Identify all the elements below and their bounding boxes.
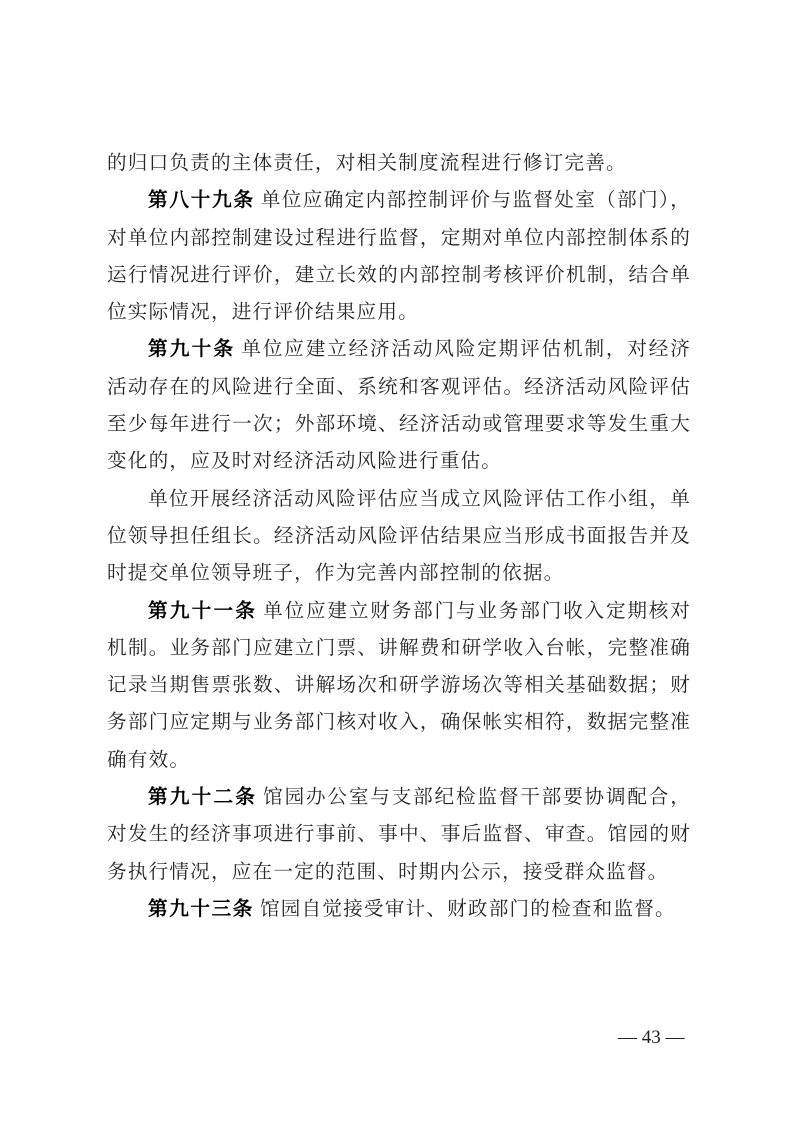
- paragraph-text: 的归口负责的主体责任，对相关制度流程进行修订完善。: [107, 151, 627, 174]
- paragraph-article-92: 第九十二条馆园办公室与支部纪检监督干部要协调配合，对发生的经济事项进行事前、事中…: [107, 778, 691, 890]
- article-number: 第九十三条: [148, 897, 254, 920]
- paragraph-article-93: 第九十三条馆园自觉接受审计、财政部门的检查和监督。: [107, 890, 691, 927]
- article-number: 第九十一条: [148, 599, 257, 622]
- paragraph-article-89: 第八十九条单位应确定内部控制评价与监督处室（部门），对单位内部控制建设过程进行监…: [107, 181, 691, 330]
- article-number: 第九十二条: [148, 785, 257, 808]
- paragraph-text: 单位开展经济活动风险评估应当成立风险评估工作小组，单位领导担任组长。经济活动风险…: [107, 487, 691, 585]
- paragraph-continuation: 的归口负责的主体责任，对相关制度流程进行修订完善。: [107, 144, 691, 181]
- article-number: 第九十条: [148, 337, 235, 360]
- paragraph-text: 单位应建立财务部门与业务部门收入定期核对机制。业务部门应建立门票、讲解费和研学收…: [107, 599, 691, 771]
- article-number: 第八十九条: [148, 188, 255, 211]
- page-number: — 43 —: [618, 1027, 685, 1049]
- paragraph-article-90: 第九十条单位应建立经济活动风险定期评估机制，对经济活动存在的风险进行全面、系统和…: [107, 330, 691, 479]
- document-body: 的归口负责的主体责任，对相关制度流程进行修订完善。 第八十九条单位应确定内部控制…: [107, 144, 691, 927]
- paragraph-article-90-cont: 单位开展经济活动风险评估应当成立风险评估工作小组，单位领导担任组长。经济活动风险…: [107, 480, 691, 592]
- paragraph-article-91: 第九十一条单位应建立财务部门与业务部门收入定期核对机制。业务部门应建立门票、讲解…: [107, 592, 691, 778]
- paragraph-text: 馆园自觉接受审计、财政部门的检查和监督。: [260, 897, 676, 920]
